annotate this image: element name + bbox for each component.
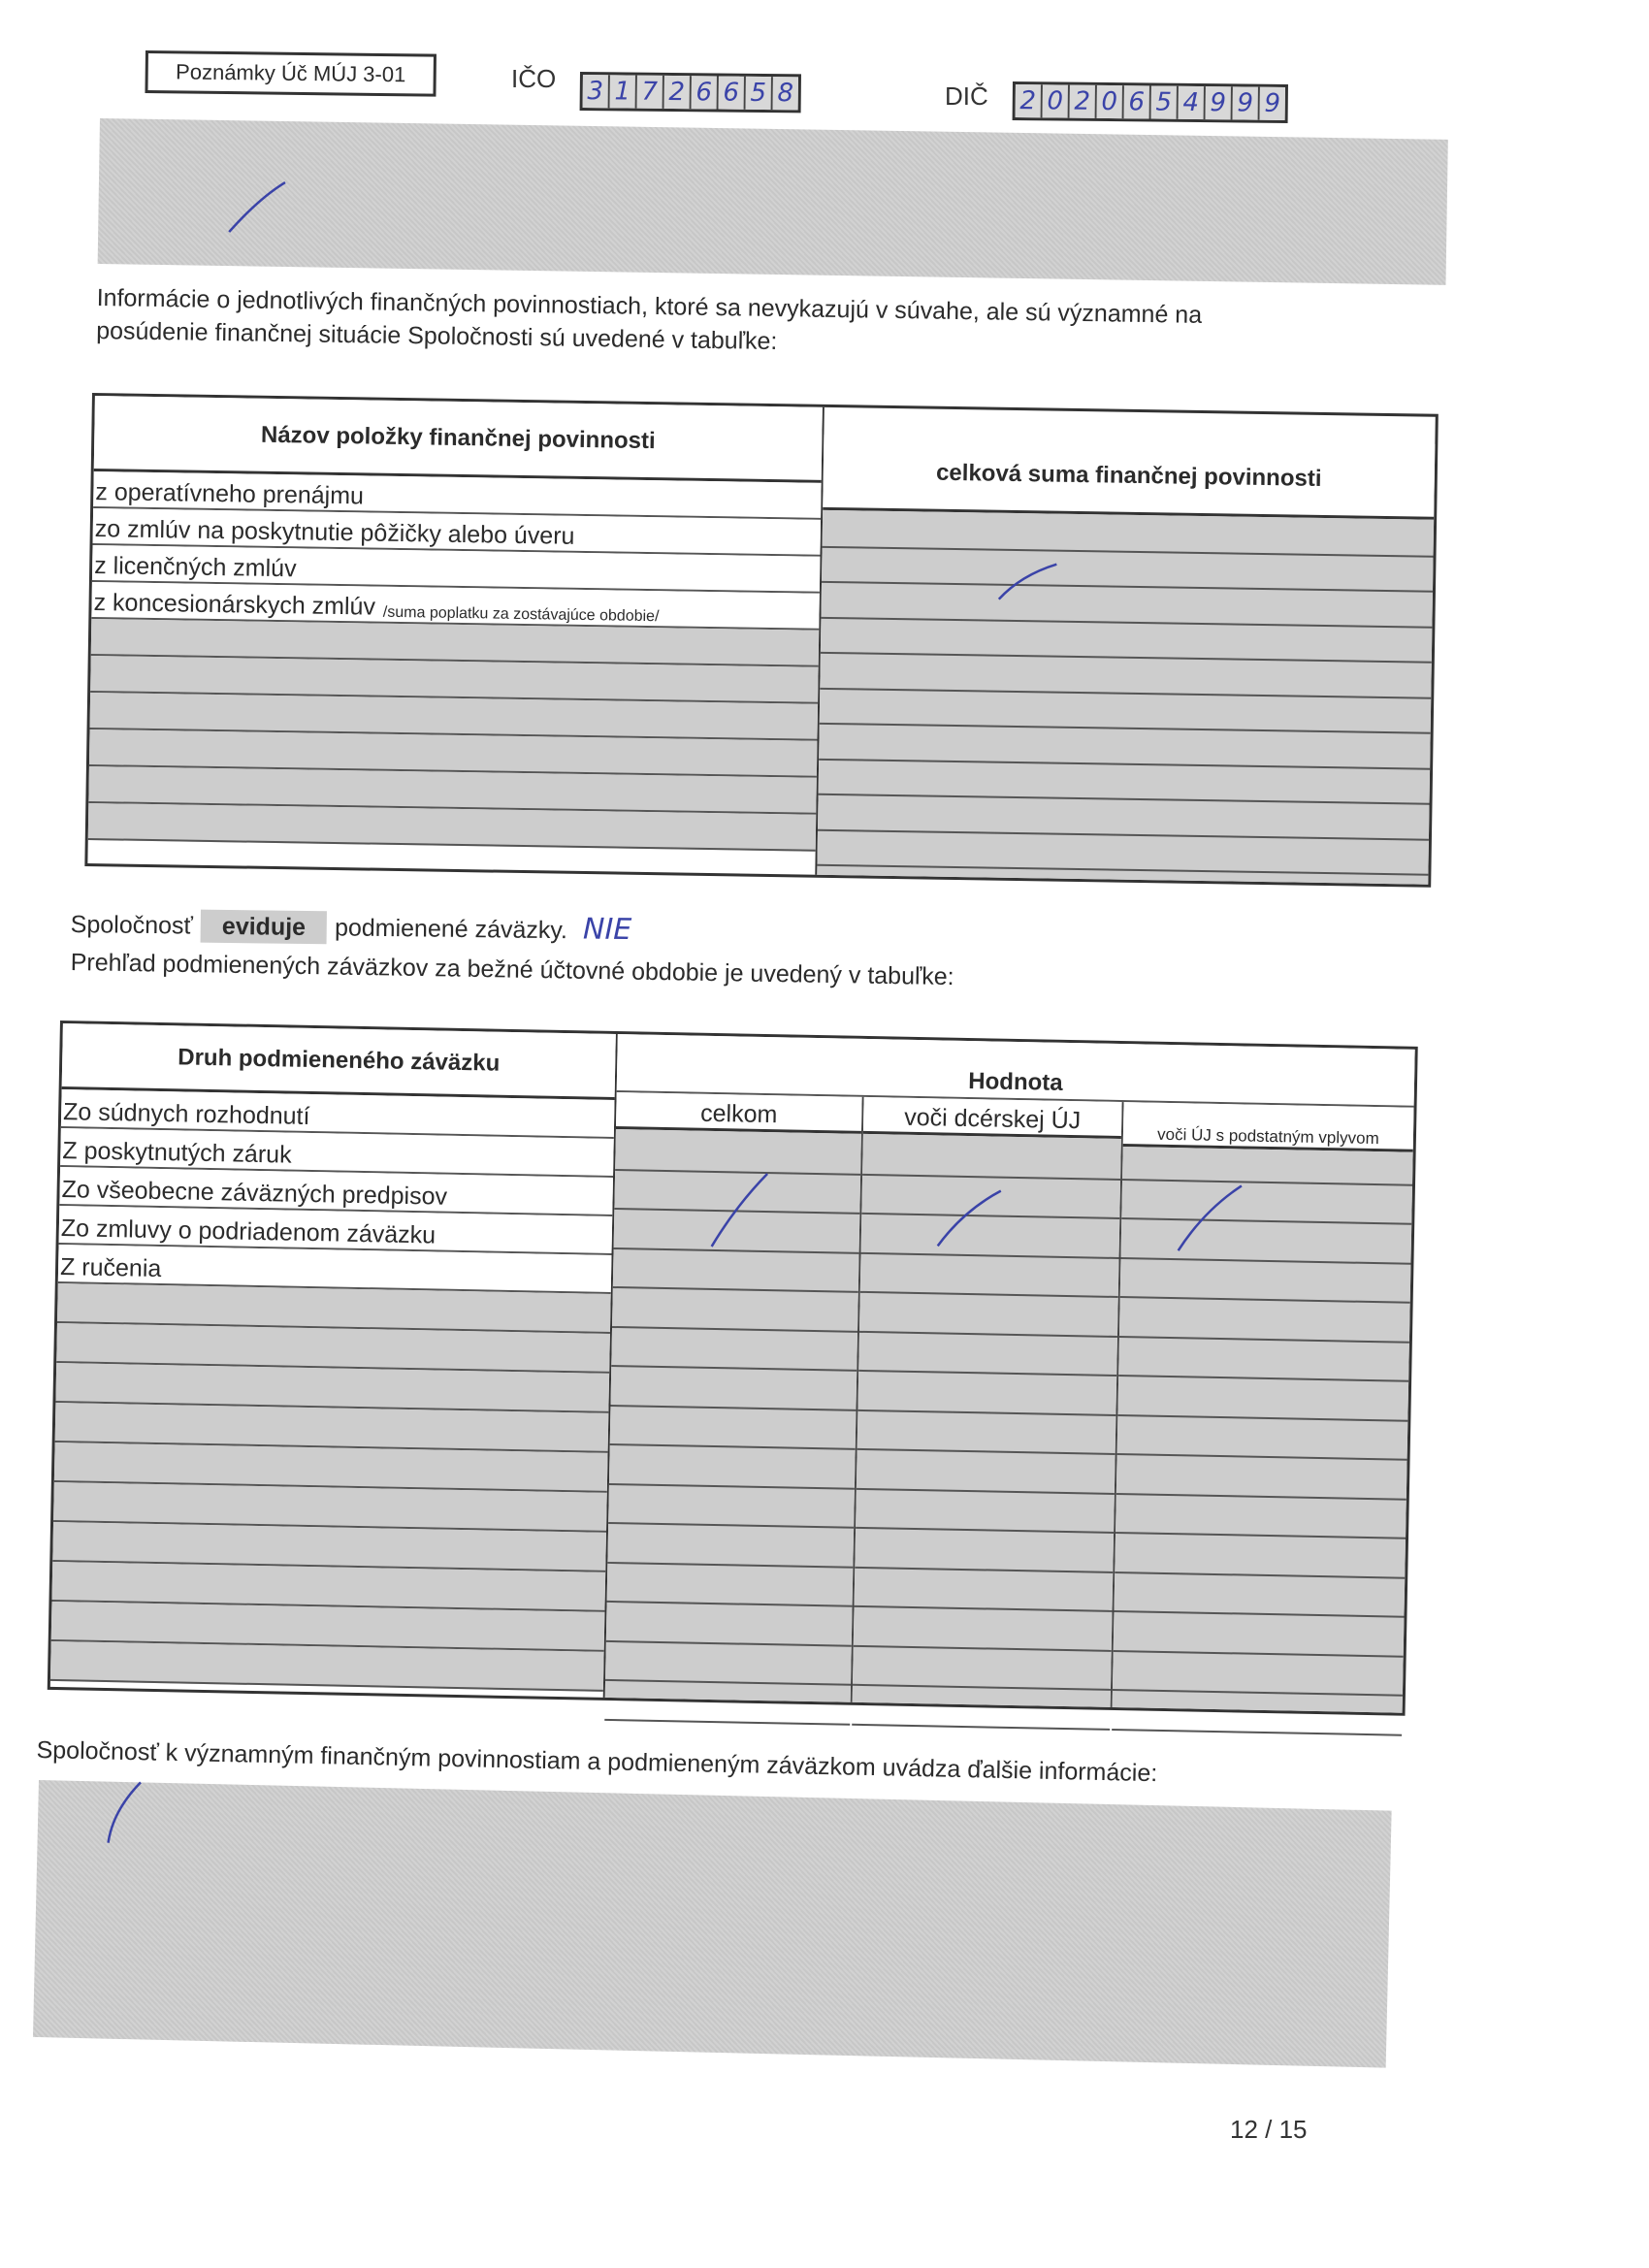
dic-digit[interactable]: 0 [1043, 84, 1070, 117]
dic-label: DIČ [945, 81, 988, 112]
obligation-name: z koncesionárskych zmlúv [93, 589, 375, 622]
dic-digit-field[interactable]: 2020654999 [1013, 81, 1288, 123]
section3-intro: Spoločnosť k významným finančným povinno… [36, 1733, 1157, 1790]
ico-digit[interactable]: 2 [664, 76, 692, 109]
statement-suffix: podmienené záväzky. [335, 914, 567, 944]
financial-obligations-table: Názov položky finančnej povinnosti z ope… [84, 393, 1438, 888]
dic-digit[interactable]: 9 [1260, 87, 1285, 120]
value-input-area[interactable] [1113, 1147, 1413, 1713]
liability-name: Z ručenia [60, 1253, 162, 1283]
handwritten-dash-icon [705, 1167, 785, 1256]
handwritten-dash-icon [933, 1185, 1013, 1275]
dic-digit[interactable]: 2 [1070, 85, 1097, 118]
section1-intro: Informácie o jednotlivých finančných pov… [96, 281, 1455, 369]
obligation-name-header: Názov položky finančnej povinnosti [94, 396, 823, 483]
ico-digit[interactable]: 7 [637, 76, 664, 109]
dic-digit[interactable]: 0 [1097, 85, 1124, 118]
ico-digit[interactable]: 6 [692, 76, 719, 109]
liability-type-header: Druh podmieneného záväzku [62, 1023, 616, 1100]
liability-name: Zo všeobecne záväzných predpisov [61, 1176, 447, 1212]
row-divider [604, 1718, 850, 1725]
ico-digit[interactable]: 8 [773, 77, 798, 110]
handwritten-answer: NIE [583, 912, 632, 947]
section2-intro: Prehľad podmienených záväzkov za bežné ú… [70, 946, 954, 993]
ico-digit-field[interactable]: 31726658 [580, 72, 801, 113]
handwritten-dash-icon [224, 174, 293, 243]
ico-label: IČO [511, 64, 556, 94]
dic-digit[interactable]: 5 [1151, 85, 1179, 118]
header-comment-field[interactable] [98, 118, 1448, 285]
liability-value-columns: Hodnota celkomvoči dcérskej ÚJvoči ÚJ s … [605, 1034, 1415, 1713]
liability-name: Z poskytnutých záruk [62, 1137, 292, 1170]
eviduje-dropdown[interactable]: eviduje [201, 910, 328, 945]
form-id-box: Poznámky Úč MÚJ 3-01 [145, 50, 436, 97]
liability-type-column: Druh podmieneného záväzku Zo súdnych roz… [50, 1023, 618, 1698]
value-column: voči ÚJ s podstatným vplyvom [1113, 1102, 1414, 1713]
contingent-liabilities-table: Druh podmieneného záväzku Zo súdnych roz… [48, 1021, 1418, 1716]
value-column-header: voči ÚJ s podstatným vplyvom [1123, 1102, 1414, 1152]
liability-name: Zo súdnych rozhodnutí [63, 1098, 310, 1131]
obligation-name: z licenčných zmlúv [94, 552, 297, 583]
ico-digit[interactable]: 6 [719, 76, 746, 109]
ico-digit[interactable]: 3 [583, 75, 610, 108]
value-column-header: voči dcérskej ÚJ [863, 1097, 1122, 1139]
value-column: voči dcérskej ÚJ [853, 1097, 1124, 1707]
document-page: Poznámky Úč MÚJ 3-01 IČO 31726658 DIČ 20… [0, 0, 1649, 2268]
ico-digit[interactable]: 5 [746, 77, 773, 110]
obligation-amount-header: celková suma finančnej povinnosti [823, 435, 1435, 520]
liability-name: Zo zmluvy o podriadenom záväzku [61, 1215, 436, 1249]
obligation-note: /suma poplatku za zostávajúce obdobie/ [383, 604, 660, 626]
dic-digit[interactable]: 4 [1179, 86, 1206, 119]
dic-digit[interactable]: 9 [1233, 86, 1260, 119]
dic-digit[interactable]: 2 [1016, 84, 1043, 117]
page-number: 12 / 15 [1230, 2115, 1308, 2145]
obligation-amount-column: celková suma finančnej povinnosti [817, 407, 1435, 885]
obligation-name: z operatívneho prenájmu [95, 478, 364, 510]
contingent-statement: Spoločnosťevidujepodmienené záväzky.NIE [71, 907, 632, 948]
value-column: celkom [605, 1092, 864, 1702]
statement-prefix: Spoločnosť [71, 911, 193, 940]
row-divider [852, 1723, 1110, 1730]
row-divider [1112, 1728, 1402, 1735]
value-column-header: celkom [616, 1092, 862, 1134]
handwritten-dash-icon [90, 1776, 170, 1856]
form-id-label: Poznámky Úč MÚJ 3-01 [176, 59, 405, 87]
obligation-name-column: Názov položky finančnej povinnosti z ope… [87, 396, 824, 875]
ico-digit[interactable]: 1 [610, 75, 637, 108]
dic-digit[interactable]: 9 [1206, 86, 1233, 119]
handwritten-dash-icon [996, 561, 1065, 605]
dic-digit[interactable]: 6 [1124, 85, 1151, 118]
additional-info-field[interactable] [33, 1780, 1392, 2068]
handwritten-dash-icon [1174, 1181, 1253, 1270]
